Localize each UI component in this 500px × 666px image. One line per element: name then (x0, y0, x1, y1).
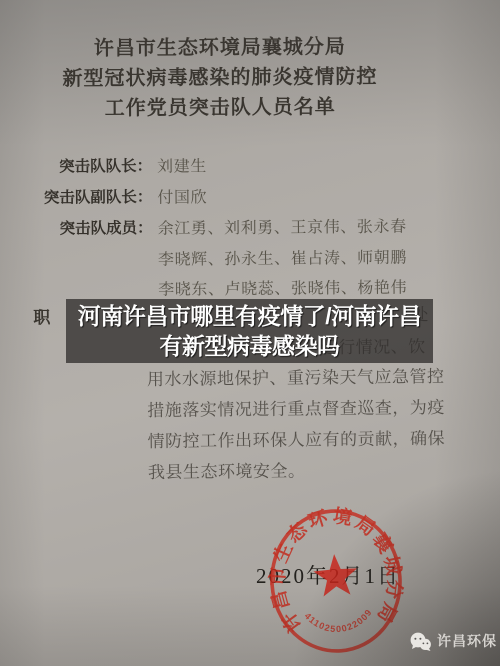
seal-code: 4110250022009 (302, 606, 375, 636)
wechat-icon (409, 632, 432, 651)
title-line-1: 许昌市生态环境局襄城分局 (0, 31, 440, 64)
roster-row-leader: 突击队队长： 刘建生 (0, 151, 500, 178)
red-star-icon (312, 553, 359, 598)
deputy-label: 突击队副队长： (0, 185, 152, 209)
svg-text:4110250022009: 4110250022009 (302, 606, 375, 636)
duty-line-1: 用水水源地保护、重污染天气应急管控 (147, 362, 445, 390)
duty-label: 职 (33, 303, 51, 328)
title-line-2: 新型冠状病毒感染的肺炎疫情防控 (0, 61, 440, 94)
caption-line-2: 有新型病毒感染吗 (66, 331, 433, 361)
members-label: 突击队成员： (1, 216, 153, 240)
caption-banner: 河南许昌市哪里有疫情了/河南许昌 有新型病毒感染吗 (66, 299, 433, 363)
caption-line-1: 河南许昌市哪里有疫情了/河南许昌 (66, 301, 433, 331)
document-photo: 许昌市生态环境局襄城分局 新型冠状病毒感染的肺炎疫情防控 工作党员突击队人员名单… (0, 0, 500, 666)
watermark: 许昌环保 (409, 631, 497, 651)
leader-name: 刘建生 (157, 153, 207, 176)
leader-label: 突击队队长： (0, 154, 152, 178)
official-seal: 许昌市生态环境局襄城分局 4110250022009 (261, 500, 411, 661)
members-line-1: 余江勇、刘利勇、王京伟、张永春 (158, 214, 407, 239)
roster-row-members: 突击队成员： 余江勇、刘利勇、王京伟、张永春 (1, 213, 500, 240)
duty-line-3: 情防控工作出环保人应有的贡献，确保 (147, 424, 445, 452)
duty-line-4: 我县生态环境安全。 (148, 456, 306, 483)
members-line-3: 李晓东、卢晓蕊、张晓伟、杨艳伟 (158, 275, 407, 300)
watermark-label: 许昌环保 (437, 631, 497, 651)
title-line-3: 工作党员突击队人员名单 (0, 91, 440, 124)
duty-paragraph: 职 处 运行情况、饮 用水水源地保护、重污染天气应急管控 措施落实情况进行重点督… (0, 0, 500, 3)
team-roster: 突击队队长： 刘建生 突击队副队长： 付国欣 突击队成员： 余江勇、刘利勇、王京… (0, 151, 500, 155)
duty-line-2: 措施落实情况进行重点督查巡查，为疫 (147, 393, 445, 421)
deputy-name: 付国欣 (157, 184, 207, 207)
roster-row-deputy: 突击队副队长： 付国欣 (0, 182, 500, 209)
document-title: 许昌市生态环境局襄城分局 新型冠状病毒感染的肺炎疫情防控 工作党员突击队人员名单 (0, 31, 440, 124)
members-line-2: 李晓辉、孙永生、崔占涛、师朝鹏 (158, 245, 407, 270)
